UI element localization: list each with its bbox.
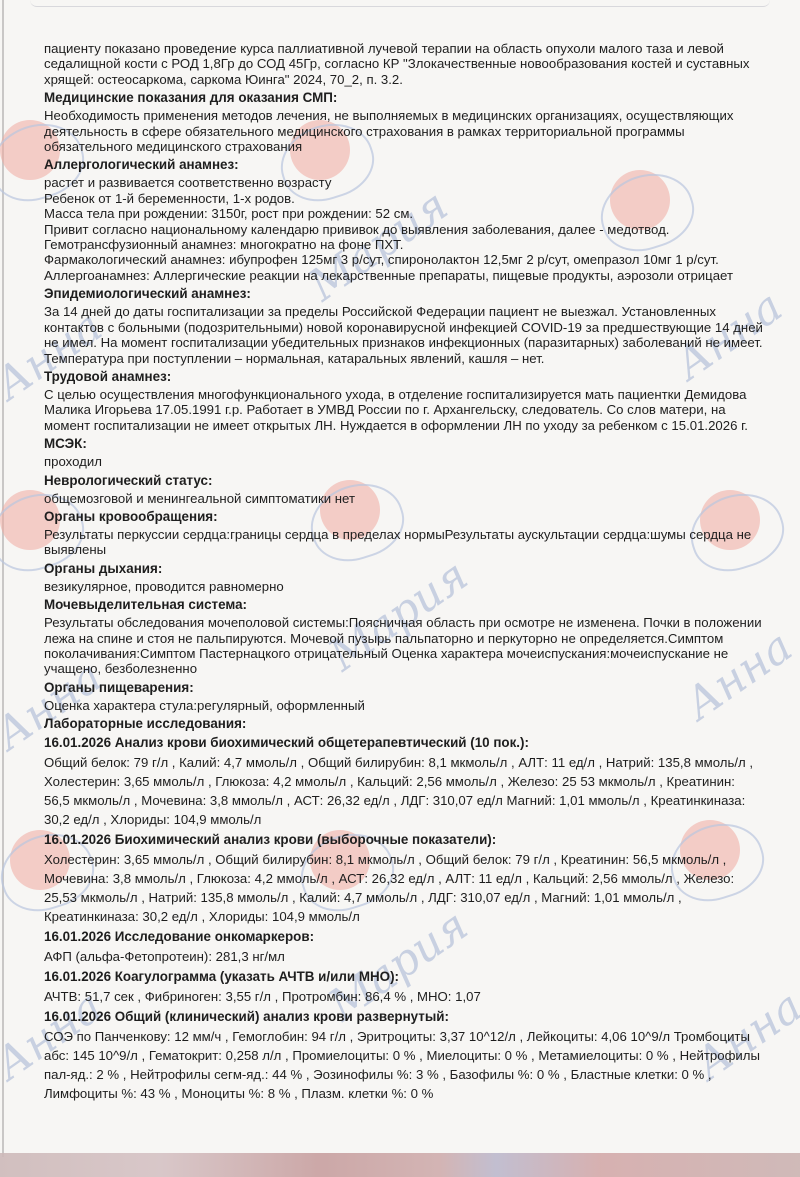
section-text: Масса тела при рождении: 3150г, рост при… <box>44 206 764 221</box>
lab-test-results: АЧТВ: 51,7 сек , Фибриноген: 3,55 г/л , … <box>44 987 764 1006</box>
section-heading: Эпидемиологический анамнез: <box>44 285 764 302</box>
section-text: С целью осуществления многофункционально… <box>44 387 764 433</box>
lab-test-title: 16.01.2026 Коагулограмма (указать АЧТВ и… <box>44 968 764 985</box>
section-heading: Неврологический статус: <box>44 472 764 489</box>
section-text: Результаты обследования мочеполовой сист… <box>44 615 764 677</box>
section-text: Аллергоанамнез: Аллергические реакции на… <box>44 268 764 283</box>
section-text: Оценка характера стула:регулярный, оформ… <box>44 698 764 713</box>
labs-heading: Лабораторные исследования: <box>44 715 764 732</box>
section-text: везикулярное, проводится равномерно <box>44 579 764 594</box>
intro-paragraph: пациенту показано проведение курса палли… <box>44 41 764 87</box>
next-page-edge <box>0 1153 800 1177</box>
section-text: За 14 дней до даты госпитализации за пре… <box>44 304 764 366</box>
lab-test-title: 16.01.2026 Исследование онкомаркеров: <box>44 928 764 945</box>
section-text: Результаты перкуссии сердца:границы серд… <box>44 527 764 558</box>
lab-test-results: Холестерин: 3,65 ммоль/л , Общий билируб… <box>44 850 764 926</box>
section-heading: Органы пищеварения: <box>44 679 764 696</box>
section-heading: Медицинские показания для оказания СМП: <box>44 89 764 106</box>
lab-test-results: АФП (альфа-Фетопротеин): 281,3 нг/мл <box>44 947 764 966</box>
page-edge <box>2 0 4 1157</box>
lab-tests-container: 16.01.2026 Анализ крови биохимический об… <box>44 734 764 1103</box>
section-text: проходил <box>44 454 764 469</box>
section-text: Ребенок от 1-й беременности, 1-х родов. <box>44 191 764 206</box>
section-heading: Органы кровообращения: <box>44 508 764 525</box>
section-text: общемозговой и менингеальной симптоматик… <box>44 491 764 506</box>
section-heading: Трудовой анамнез: <box>44 368 764 385</box>
sections-container: Медицинские показания для оказания СМП:Н… <box>44 89 764 713</box>
lab-test-results: СОЭ по Панченкову: 12 мм/ч , Гемоглобин:… <box>44 1027 764 1103</box>
section-text: растет и развивается соответственно возр… <box>44 175 764 190</box>
section-text: Фармакологический анамнез: ибупрофен 125… <box>44 252 764 267</box>
lab-test-title: 16.01.2026 Анализ крови биохимический об… <box>44 734 764 751</box>
lab-test-results: Общий белок: 79 г/л , Калий: 4,7 ммоль/л… <box>44 753 764 829</box>
section-text: Необходимость применения методов лечения… <box>44 108 764 154</box>
document-body: пациенту показано проведение курса палли… <box>44 41 764 1103</box>
section-heading: Органы дыхания: <box>44 560 764 577</box>
lab-test-title: 16.01.2026 Общий (клинический) анализ кр… <box>44 1008 764 1025</box>
section-heading: Аллергологический анамнез: <box>44 156 764 173</box>
previous-page-edge <box>30 0 770 7</box>
section-text: Гемотрансфузионный анамнез: многократно … <box>44 237 764 252</box>
section-heading: Мочевыделительная система: <box>44 596 764 613</box>
section-text: Привит согласно национальному календарю … <box>44 222 764 237</box>
lab-test-title: 16.01.2026 Биохимический анализ крови (в… <box>44 831 764 848</box>
section-heading: МСЭК: <box>44 435 764 452</box>
